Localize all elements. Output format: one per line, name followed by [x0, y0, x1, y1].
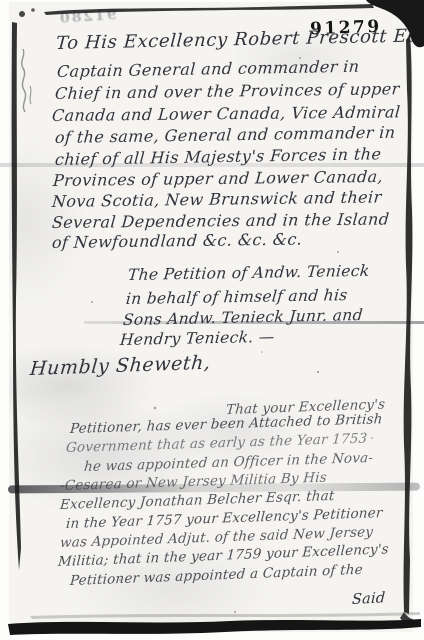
catchword: Said: [352, 590, 386, 608]
address-line: Canada and Lower Canada, Vice Admiral: [51, 102, 401, 125]
petition-line: Hendry Tenieck. —: [119, 328, 275, 349]
scanned-document-page: 91280 91279 To His Excellency Robert Pre…: [0, 0, 424, 640]
address-line: Several Dependencies and in the Island: [51, 209, 390, 232]
address-line: of Newfoundland &c. &c. &c.: [51, 229, 303, 252]
address-line: Provinces of upper and Lower Canada,: [52, 167, 383, 190]
